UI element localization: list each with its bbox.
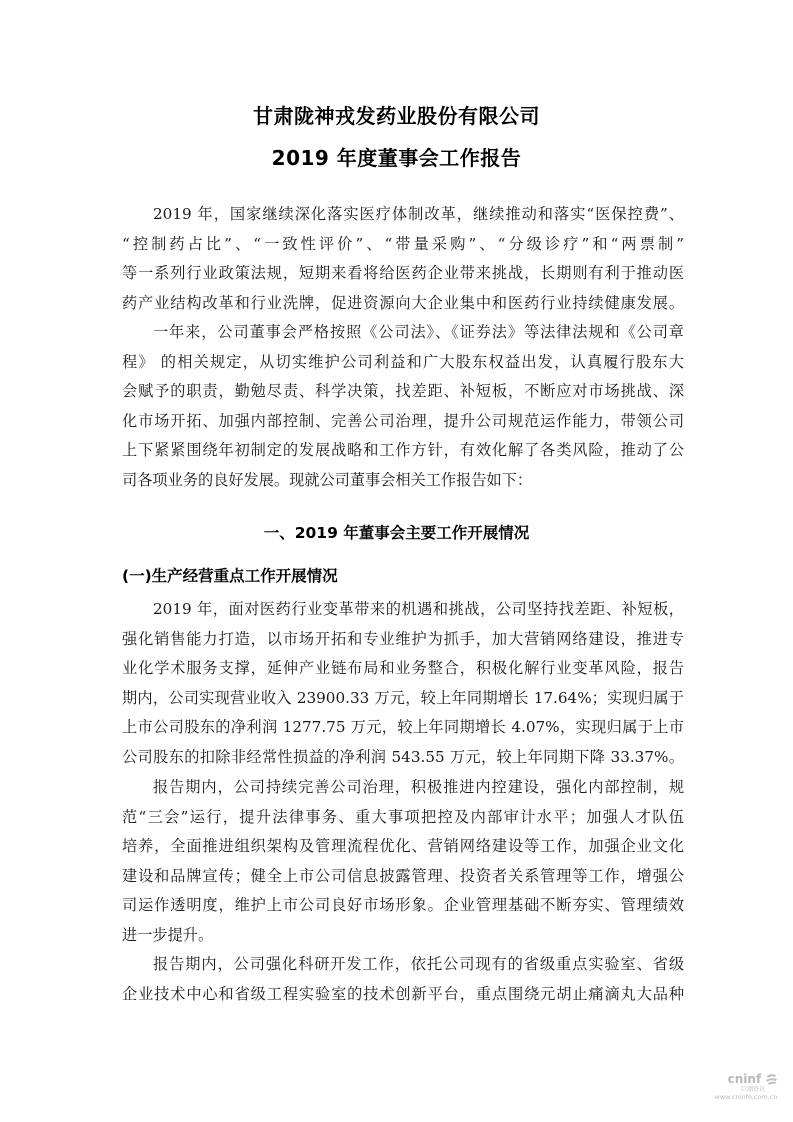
company-title: 甘肃陇神戎发药业股份有限公司 <box>0 100 793 129</box>
watermark-brand-cn: 巨潮资讯 <box>718 1086 788 1093</box>
cninfo-logo-icon <box>765 1073 778 1085</box>
watermark-url: www.cninfo.com.cn <box>704 1093 788 1101</box>
text-line: 强化销售能力打造，以市场开拓和专业维护为抓手，加大营销网络建设，推进专 <box>122 625 684 655</box>
text-line: 业化学术服务支撑，延伸产业链布局和业务整合，积极化解行业变革风险，报告 <box>122 654 684 684</box>
text-line: 司运作透明度，维护上市公司良好市场形象。企业管理基础不断夯实、管理绩效 <box>122 891 684 921</box>
text-line: 培养，全面推进组织架构及管理流程优化、营销网络建设等工作，加强企业文化 <box>122 832 684 862</box>
section-heading: 一、2019 年董事会主要工作开展情况 <box>0 521 793 543</box>
text-line: 建设和品牌宣传；健全上市公司信息披露管理、投资者关系管理等工作，增强公 <box>122 862 684 892</box>
cninfo-watermark: cninf 巨潮资讯 www.cninfo.com.cn <box>718 1073 788 1101</box>
text-line: 上市公司股东的净利润 1277.75 万元，较上年同期增长 4.07%，实现归属… <box>122 713 684 743</box>
text-line: “控制药占比”、“一致性评价”、“带量采购”、“分级诊疗”和“两票制” <box>122 230 684 260</box>
section-paragraph-2: 报告期内，公司持续完善公司治理，积极推进内控建设，强化内部控制，规 范“三会”运… <box>122 773 684 951</box>
text-line: 范“三会”运行，提升法律事务、重大事项把控及内部审计水平；加强人才队伍 <box>122 803 684 833</box>
report-title: 2019 年度董事会工作报告 <box>0 142 793 171</box>
intro-paragraph-2: 一年来，公司董事会严格按照《公司法》、《证券法》等法律法规和《公司章 程》 的相… <box>122 318 684 496</box>
text-line: 程》 的相关规定，从切实维护公司利益和广大股东权益出发，认真履行股东大 <box>122 348 684 378</box>
watermark-brand: cninf <box>718 1073 788 1086</box>
text-line: 报告期内，公司强化科研开发工作，依托公司现有的省级重点实验室、省级 <box>122 950 684 980</box>
text-line: 公司股东的扣除非经常性损益的净利润 543.55 万元，较上年同期下降 33.3… <box>122 743 684 773</box>
text-line: 上下紧紧围绕年初制定的发展战略和工作方针，有效化解了各类风险，推动了公 <box>122 436 684 466</box>
text-line: 2019 年，国家继续深化落实医疗体制改革，继续推动和落实“医保控费”、 <box>122 200 684 230</box>
text-line: 等一系列行业政策法规，短期来看将给医药企业带来挑战，长期则有利于推动医 <box>122 259 684 289</box>
text-line: 进一步提升。 <box>122 921 684 951</box>
text-line: 2019 年，面对医药行业变革带来的机遇和挑战，公司坚持找差距、补短板， <box>122 595 684 625</box>
text-line: 企业技术中心和省级工程实验室的技术创新平台，重点围绕元胡止痛滴丸大品种 <box>122 980 684 1010</box>
subsection-heading: (一)生产经营重点工作开展情况 <box>122 564 338 586</box>
section-paragraph-1: 2019 年，面对医药行业变革带来的机遇和挑战，公司坚持找差距、补短板， 强化销… <box>122 595 684 773</box>
text-line: 期内，公司实现营业收入 23900.33 万元，较上年同期增长 17.64%；实… <box>122 684 684 714</box>
document-page: 甘肃陇神戎发药业股份有限公司 2019 年度董事会工作报告 2019 年，国家继… <box>0 0 793 1122</box>
text-line: 会赋予的职责，勤勉尽责、科学决策，找差距、补短板，不断应对市场挑战、深 <box>122 377 684 407</box>
intro-paragraph-1: 2019 年，国家继续深化落实医疗体制改革，继续推动和落实“医保控费”、 “控制… <box>122 200 684 318</box>
watermark-brand-text: cninf <box>728 1072 762 1086</box>
text-line: 一年来，公司董事会严格按照《公司法》、《证券法》等法律法规和《公司章 <box>122 318 684 348</box>
text-line: 报告期内，公司持续完善公司治理，积极推进内控建设，强化内部控制，规 <box>122 773 684 803</box>
text-line: 药产业结构改革和行业洗牌，促进资源向大企业集中和医药行业持续健康发展。 <box>122 289 684 319</box>
section-paragraph-3: 报告期内，公司强化科研开发工作，依托公司现有的省级重点实验室、省级 企业技术中心… <box>122 950 684 1009</box>
text-line: 司各项业务的良好发展。现就公司董事会相关工作报告如下： <box>122 466 684 496</box>
text-line: 化市场开拓、加强内部控制、完善公司治理，提升公司规范运作能力，带领公司 <box>122 407 684 437</box>
